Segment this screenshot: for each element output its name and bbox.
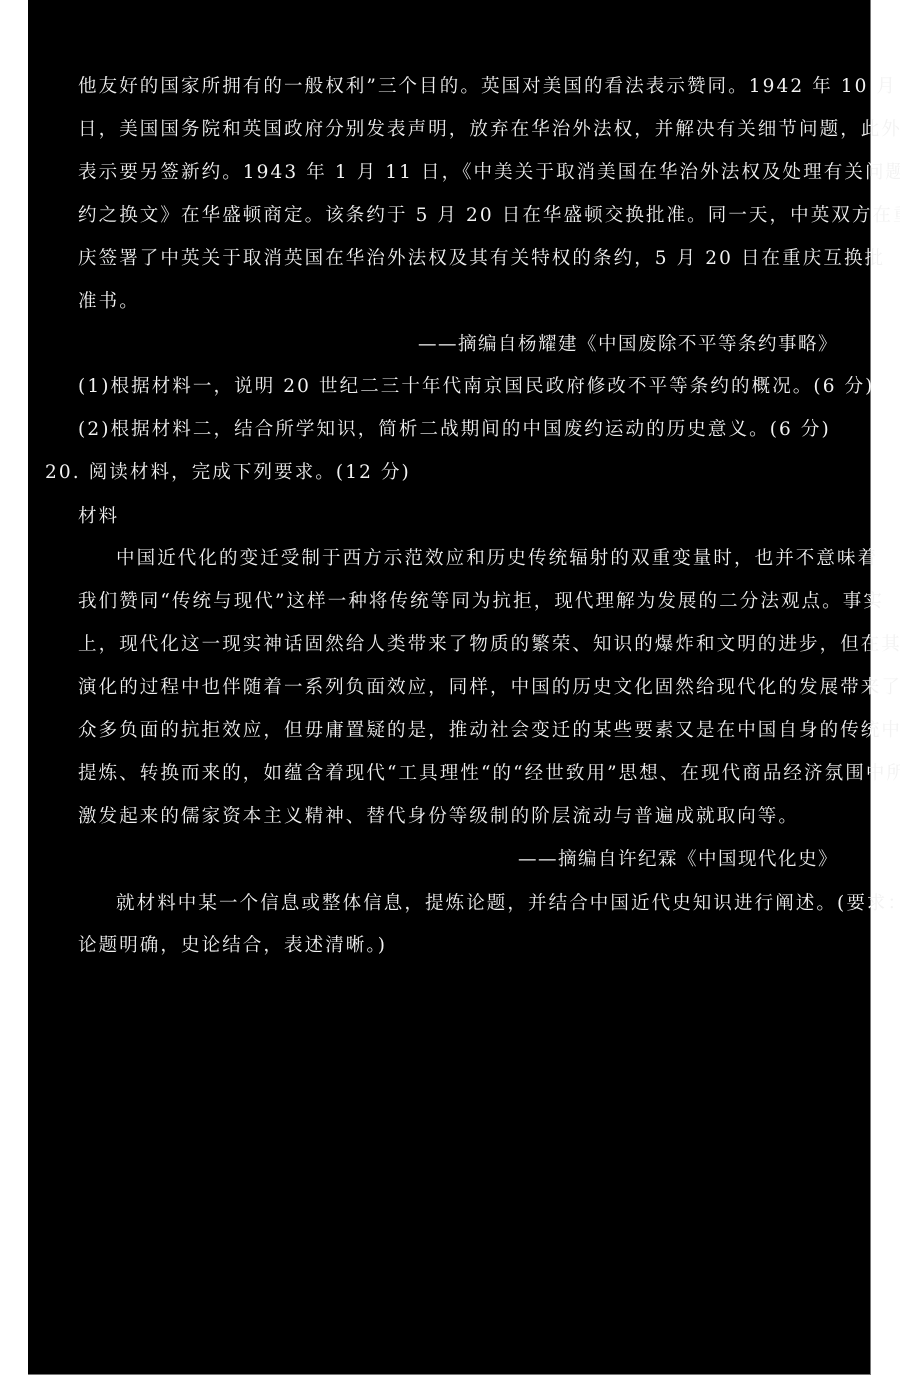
- material-line-2: 我们赞同“传统与现代”这样一种将传统等同为抗拒，现代理解为发展的二分法观点。事实: [78, 590, 838, 614]
- question-19-sub-2: (2)根据材料二，结合所学知识，简析二战期间的中国废约运动的历史意义。(6 分): [78, 418, 838, 442]
- question-20-stem: 20. 阅读材料，完成下列要求。(12 分): [45, 461, 805, 485]
- material2-line-5: 庆签署了中英关于取消英国在华治外法权及其有关特权的条约，5 月 20 日在重庆互…: [78, 247, 838, 271]
- material2-line-1: 他友好的国家所拥有的一般权利”三个目的。英国对美国的看法表示赞同。1942 年 …: [78, 75, 838, 99]
- requirement-line-2: 论题明确，史论结合，表述清晰。): [78, 934, 838, 958]
- material-line-1: 中国近代化的变迁受制于西方示范效应和历史传统辐射的双重变量时，也并不意味着: [116, 547, 838, 571]
- material2-line-3: 表示要另签新约。1943 年 1 月 11 日，《中美关于取消美国在华治外法权及…: [78, 161, 838, 185]
- question-19-sub-1: (1)根据材料一，说明 20 世纪二三十年代南京国民政府修改不平等条约的概况。(…: [78, 375, 838, 399]
- material-line-4: 演化的过程中也伴随着一系列负面效应，同样，中国的历史文化固然给现代化的发展带来了: [78, 676, 838, 700]
- material-line-3: 上，现代化这一现实神话固然给人类带来了物质的繁荣、知识的爆炸和文明的进步，但在其: [78, 633, 838, 657]
- material2-line-4: 约之换文》在华盛顿商定。该条约于 5 月 20 日在华盛顿交换批准。同一天，中英…: [78, 204, 838, 228]
- material-line-5: 众多负面的抗拒效应，但毋庸置疑的是，推动社会变迁的某些要素又是在中国自身的传统中: [78, 719, 838, 743]
- material-source: ——摘编自许纪霖《中国现代化史》: [78, 848, 838, 872]
- requirement-line-1: 就材料中某一个信息或整体信息，提炼论题，并结合中国近代史知识进行阐述。(要求：: [116, 892, 838, 916]
- material2-line-6: 准书。: [78, 290, 838, 314]
- material2-source: ——摘编自杨耀建《中国废除不平等条约事略》: [78, 333, 838, 357]
- material-label: 材料: [78, 505, 838, 529]
- material-line-7: 激发起来的儒家资本主义精神、替代身份等级制的阶层流动与普遍成就取向等。: [78, 805, 838, 829]
- exam-page: 他友好的国家所拥有的一般权利”三个目的。英国对美国的看法表示赞同。1942 年 …: [28, 0, 871, 1375]
- material2-line-2: 日，美国国务院和英国政府分别发表声明，放弃在华治外法权，并解决有关细节问题，此外…: [78, 118, 838, 142]
- material-line-6: 提炼、转换而来的，如蕴含着现代“工具理性“的“经世致用”思想、在现代商品经济氛围…: [78, 762, 838, 786]
